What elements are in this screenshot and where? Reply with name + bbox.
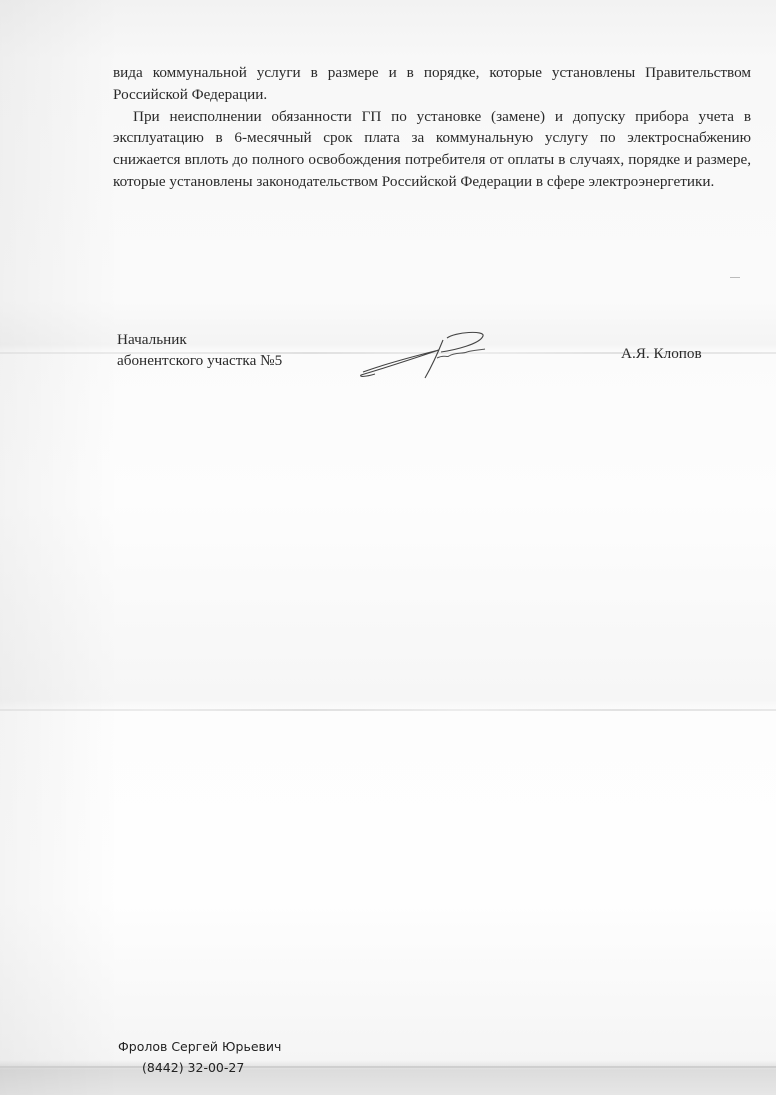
paragraph-2: При неисполнении обязанности ГП по устан…: [113, 106, 751, 193]
signatory-title-line1: Начальник: [117, 329, 282, 350]
signatory-name: А.Я. Клопов: [621, 345, 702, 363]
executor-name: Фролов Сергей Юрьевич: [118, 1036, 281, 1057]
paper-fold-line: [0, 1066, 776, 1068]
scan-shadow: [0, 0, 120, 1095]
executor-info: Фролов Сергей Юрьевич (8442) 32-00-27: [118, 1036, 281, 1078]
letter-body: вида коммунальной услуги в размере и в п…: [113, 62, 751, 193]
paper-fold-line: [0, 709, 776, 711]
paragraph-1: вида коммунальной услуги в размере и в п…: [113, 62, 751, 106]
signatory-title-line2: абонентского участка №5: [117, 350, 282, 371]
scan-speck: [730, 277, 740, 278]
signatory-title: Начальник абонентского участка №5: [117, 329, 282, 371]
handwritten-signature-icon: [355, 328, 505, 383]
executor-phone: (8442) 32-00-27: [118, 1057, 281, 1078]
